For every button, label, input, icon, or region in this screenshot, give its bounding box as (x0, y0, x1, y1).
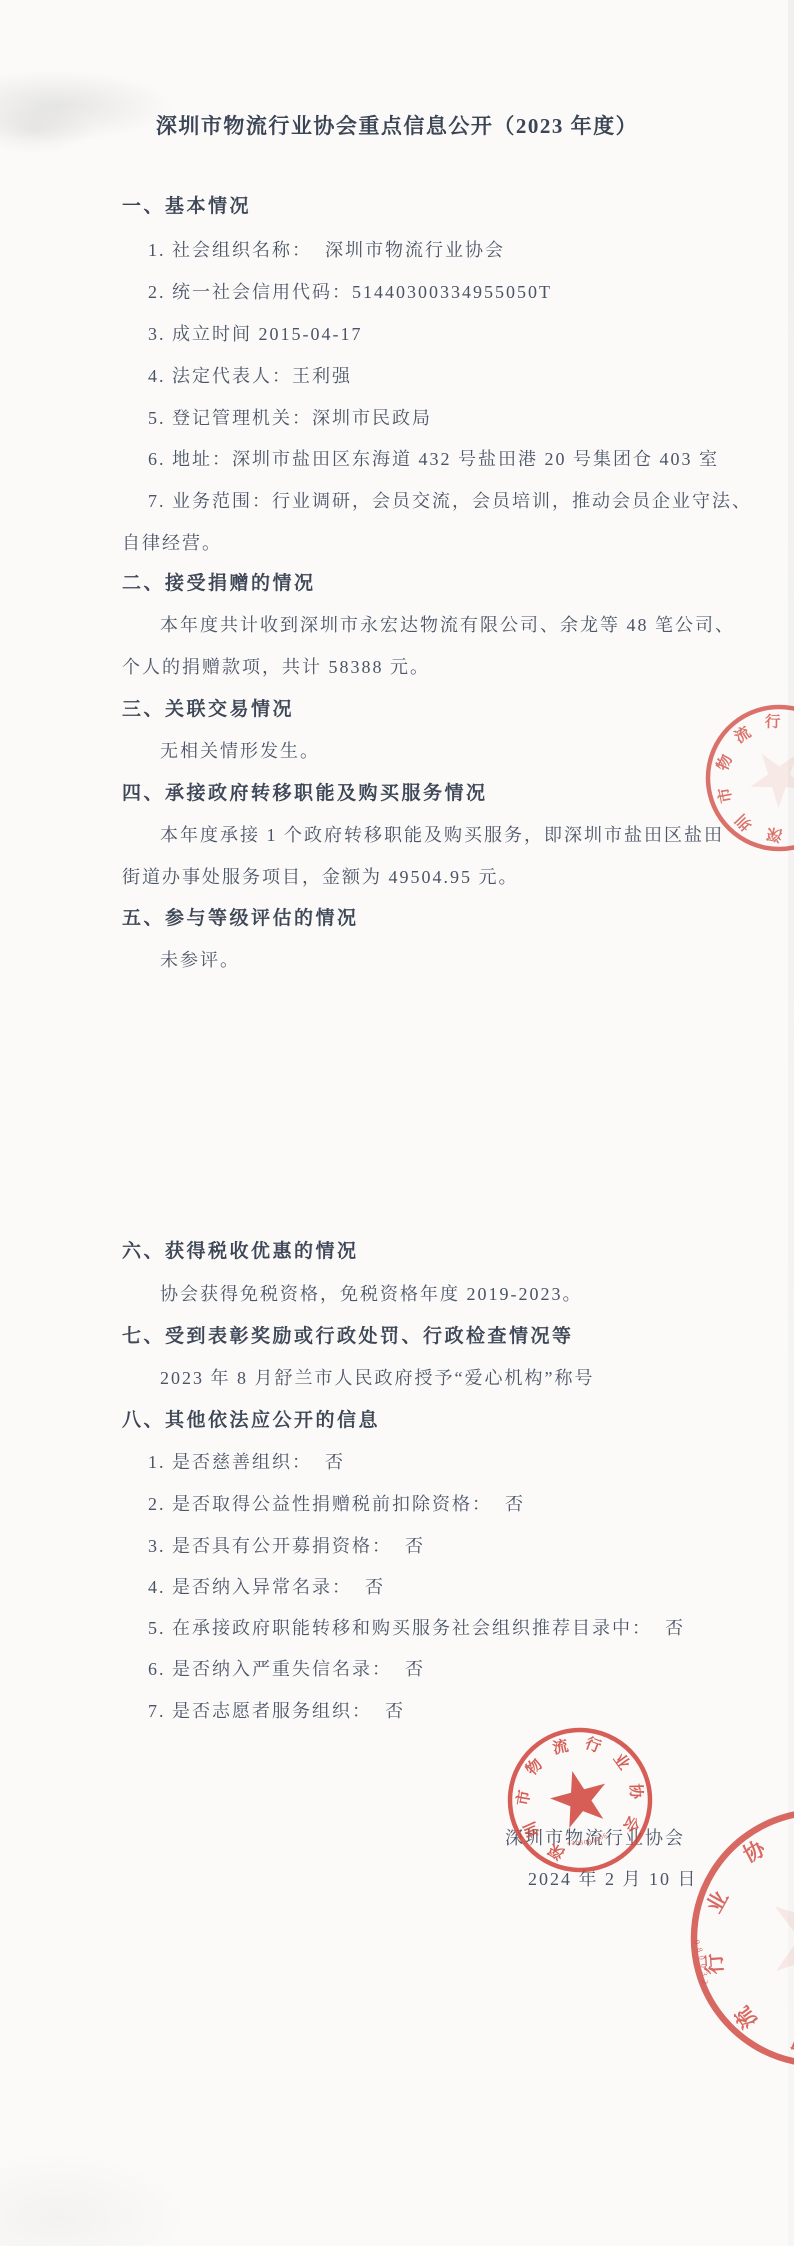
document-line: 1. 社会组织名称： 深圳市物流行业协会 (148, 240, 505, 262)
seal-star-icon (545, 1764, 614, 1831)
document-line: 4. 是否纳入异常名录： 否 (148, 1577, 385, 1599)
document-line: 街道办事处服务项目，金额为 49504.95 元。 (122, 867, 519, 889)
partial-seal-bottom: 深圳市物流行业协会 (644, 1762, 794, 2115)
seal-star-icon (745, 1869, 794, 2012)
scanned-document-page: 深圳市物流行业协会重点信息公开（2023 年度） 一、基本情况 1. 社会组织名… (0, 0, 794, 2246)
document-line: 个人的捐赠款项，共计 58388 元。 (122, 657, 430, 679)
seal-arc-text: 深圳市物流行业协会 (498, 1719, 659, 1874)
section-heading: 八、其他依法应公开的信息 (122, 1410, 380, 1433)
section-heading: 六、获得税收优惠的情况 (122, 1241, 359, 1264)
document-line: 4. 法定代表人：王利强 (148, 366, 352, 388)
document-line: 1. 是否慈善组织： 否 (148, 1452, 345, 1474)
document-line: 5. 登记管理机关：深圳市民政局 (148, 408, 432, 430)
seals-layer: 深圳市物流行业协会 4403080206 深圳市物流行业协会 深圳市物流行业协会… (0, 0, 794, 2246)
scan-artifact (0, 2150, 190, 2246)
document-line: 本年度承接 1 个政府转移职能及购买服务，即深圳市盐田区盐田 (160, 825, 724, 847)
document-line: 2023 年 8 月舒兰市人民政府授予“爱心机构”称号 (160, 1368, 594, 1390)
section-heading: 三、关联交易情况 (122, 699, 294, 722)
official-seal: 深圳市物流行业协会 4403080206 (494, 1714, 665, 1885)
seal-ring (680, 679, 794, 877)
scan-artifact (788, 0, 794, 2246)
section-heading: 四、承接政府转移职能及购买服务情况 (122, 783, 488, 806)
document-line: 本年度共计收到深圳市永宏达物流有限公司、余龙等 48 笔公司、 (160, 615, 735, 637)
document-line: 未参评。 (160, 950, 240, 972)
signature-date: 2024 年 2 月 10 日 (528, 1869, 698, 1891)
document-title: 深圳市物流行业协会重点信息公开（2023 年度） (0, 110, 794, 140)
document-line: 3. 是否具有公开募捐资格： 否 (148, 1536, 425, 1558)
seal-star-icon (738, 737, 794, 814)
document-line: 2. 是否取得公益性捐赠税前扣除资格： 否 (148, 1494, 525, 1516)
section-heading: 七、受到表彰奖励或行政处罚、行政检查情况等 (122, 1326, 574, 1349)
seal-code: 080032 (692, 1939, 709, 1988)
section-heading: 二、接受捐赠的情况 (122, 573, 316, 596)
document-line: 6. 是否纳入严重失信名录： 否 (148, 1659, 425, 1681)
document-line: 7. 业务范围：行业调研，会员交流，会员培训，推动会员企业守法、 (148, 491, 752, 513)
seal-ring (494, 1714, 665, 1885)
document-line: 6. 地址：深圳市盐田区东海道 432 号盐田港 20 号集团仓 403 室 (148, 449, 719, 471)
document-line: 无相关情形发生。 (160, 741, 320, 763)
document-line: 3. 成立时间 2015-04-17 (148, 324, 363, 346)
seal-ring (644, 1762, 794, 2115)
section-heading: 五、参与等级评估的情况 (122, 908, 359, 931)
document-line: 2. 统一社会信用代码：51440300334955050T (148, 282, 552, 304)
document-line: 自律经营。 (122, 533, 222, 555)
partial-seal-middle: 深圳市物流行业协会 (680, 679, 794, 877)
signature-org: 深圳市物流行业协会 (505, 1828, 685, 1850)
document-line: 7. 是否志愿者服务组织： 否 (148, 1701, 405, 1723)
document-line: 5. 在承接政府职能转移和购买服务社会组织推荐目录中： 否 (148, 1618, 685, 1640)
document-line: 协会获得免税资格，免税资格年度 2019-2023。 (160, 1284, 583, 1306)
section-heading: 一、基本情况 (122, 196, 251, 219)
